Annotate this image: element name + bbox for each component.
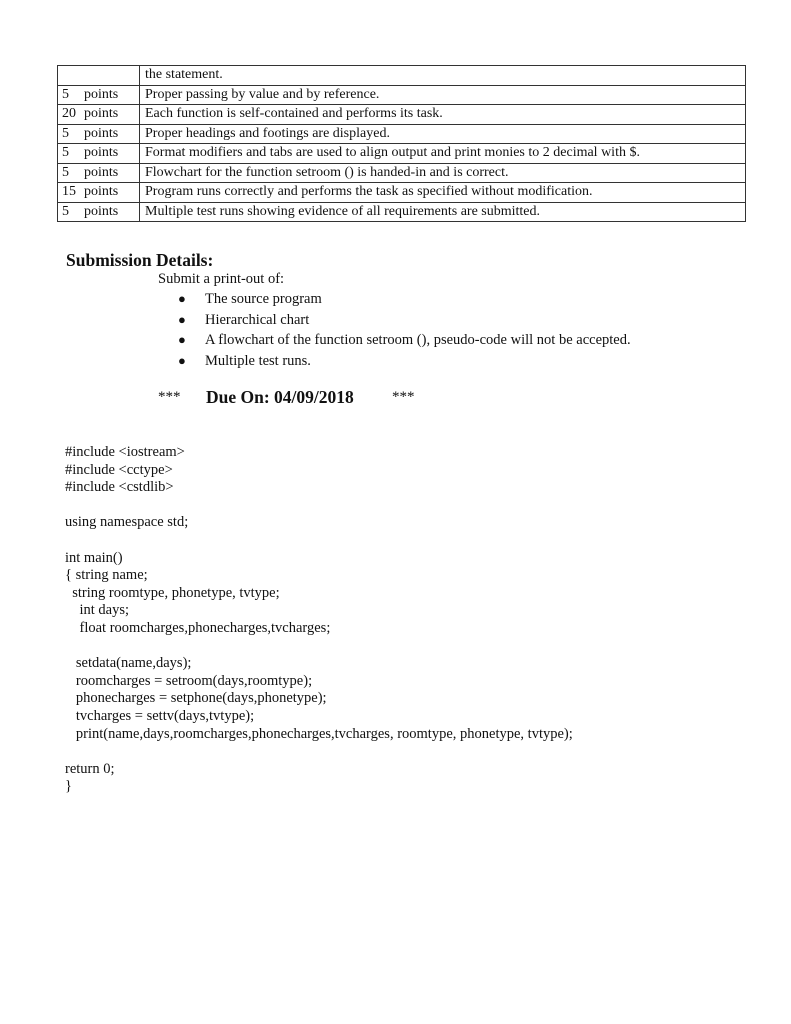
points-unit: points — [84, 204, 118, 219]
points-cell: 5points — [58, 124, 140, 144]
points-unit: points — [84, 145, 118, 160]
table-row: the statement. — [58, 66, 746, 86]
document-page: the statement.5pointsProper passing by v… — [0, 0, 791, 1024]
code-line: setdata(name,days); — [65, 655, 573, 673]
points-value: 15 — [62, 184, 84, 200]
list-item-text: Hierarchical chart — [205, 312, 309, 328]
bullet-icon: ● — [178, 330, 186, 350]
stars-left: *** — [158, 389, 181, 406]
points-cell: 5points — [58, 163, 140, 183]
code-line — [65, 743, 573, 761]
bullet-icon: ● — [178, 289, 186, 309]
criterion-description: Flowchart for the function setroom () is… — [140, 163, 746, 183]
code-line: phonecharges = setphone(days,phonetype); — [65, 690, 573, 708]
table-row: 20pointsEach function is self-contained … — [58, 105, 746, 125]
table-row: 5pointsFlowchart for the function setroo… — [58, 163, 746, 183]
submission-intro: Submit a print-out of: — [158, 271, 284, 288]
code-line: tvcharges = settv(days,tvtype); — [65, 708, 573, 726]
rubric-body: the statement.5pointsProper passing by v… — [58, 66, 746, 222]
criterion-description: Each function is self-contained and perf… — [140, 105, 746, 125]
points-cell: 5points — [58, 202, 140, 222]
list-item: ●Multiple test runs. — [178, 351, 631, 372]
points-cell: 20points — [58, 105, 140, 125]
points-value: 5 — [62, 126, 84, 142]
list-item-text: Multiple test runs. — [205, 353, 311, 369]
code-line: using namespace std; — [65, 514, 573, 532]
code-line: print(name,days,roomcharges,phonecharges… — [65, 726, 573, 744]
list-item: ●Hierarchical chart — [178, 310, 631, 331]
criterion-description: Proper headings and footings are display… — [140, 124, 746, 144]
code-line: return 0; — [65, 761, 573, 779]
points-cell: 5points — [58, 144, 140, 164]
code-line: float roomcharges,phonecharges,tvcharges… — [65, 620, 573, 638]
list-item: ●The source program — [178, 289, 631, 310]
points-unit: points — [84, 165, 118, 180]
code-line — [65, 638, 573, 656]
source-code-listing: #include <iostream>#include <cctype>#inc… — [65, 444, 573, 796]
criterion-description: Format modifiers and tabs are used to al… — [140, 144, 746, 164]
points-value: 5 — [62, 204, 84, 220]
points-value: 5 — [62, 165, 84, 181]
code-line: string roomtype, phonetype, tvtype; — [65, 585, 573, 603]
code-line: int main() — [65, 550, 573, 568]
code-line: #include <cstdlib> — [65, 479, 573, 497]
due-date: Due On: 04/09/2018 — [206, 387, 354, 408]
code-line — [65, 532, 573, 550]
table-row: 5pointsProper passing by value and by re… — [58, 85, 746, 105]
criterion-description: Program runs correctly and performs the … — [140, 183, 746, 203]
table-row: 5pointsMultiple test runs showing eviden… — [58, 202, 746, 222]
points-value: 5 — [62, 87, 84, 103]
points-cell: 5points — [58, 85, 140, 105]
submission-details-heading: Submission Details: — [66, 250, 213, 271]
points-cell — [58, 66, 140, 86]
code-line: #include <cctype> — [65, 462, 573, 480]
grading-rubric-table: the statement.5pointsProper passing by v… — [57, 65, 746, 222]
points-unit: points — [84, 106, 118, 121]
points-value: 20 — [62, 106, 84, 122]
code-line: int days; — [65, 602, 573, 620]
table-row: 5pointsProper headings and footings are … — [58, 124, 746, 144]
code-line: #include <iostream> — [65, 444, 573, 462]
points-value: 5 — [62, 145, 84, 161]
bullet-icon: ● — [178, 310, 186, 330]
criterion-description: the statement. — [140, 66, 746, 86]
points-unit: points — [84, 126, 118, 141]
points-cell: 15points — [58, 183, 140, 203]
table-row: 15pointsProgram runs correctly and perfo… — [58, 183, 746, 203]
table-row: 5pointsFormat modifiers and tabs are use… — [58, 144, 746, 164]
bullet-icon: ● — [178, 351, 186, 371]
code-line: } — [65, 778, 573, 796]
points-unit: points — [84, 184, 118, 199]
code-line: { string name; — [65, 567, 573, 585]
criterion-description: Multiple test runs showing evidence of a… — [140, 202, 746, 222]
submission-list: ●The source program ●Hierarchical chart … — [178, 289, 631, 371]
code-line — [65, 497, 573, 515]
list-item-text: A flowchart of the function setroom (), … — [205, 332, 631, 348]
code-line: roomcharges = setroom(days,roomtype); — [65, 673, 573, 691]
points-unit: points — [84, 87, 118, 102]
stars-right: *** — [392, 389, 415, 406]
list-item-text: The source program — [205, 291, 322, 307]
list-item: ●A flowchart of the function setroom (),… — [178, 330, 631, 351]
criterion-description: Proper passing by value and by reference… — [140, 85, 746, 105]
